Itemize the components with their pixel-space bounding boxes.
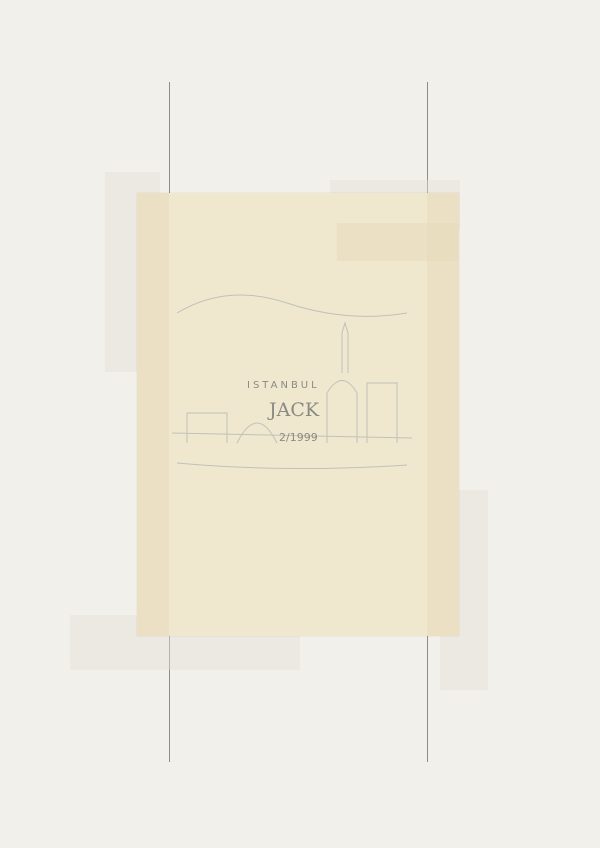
- inscription-city: ISTANBUL: [247, 380, 320, 391]
- tape-corner: [427, 193, 459, 636]
- tape-corner: [137, 193, 169, 636]
- inscription-date: 2/1999: [279, 431, 318, 444]
- backing-paper: ISTANBUL JACK 2/1999: [0, 0, 600, 848]
- inscription-artist: JACK: [269, 399, 319, 421]
- artwork-sheet: ISTANBUL JACK 2/1999: [137, 193, 459, 636]
